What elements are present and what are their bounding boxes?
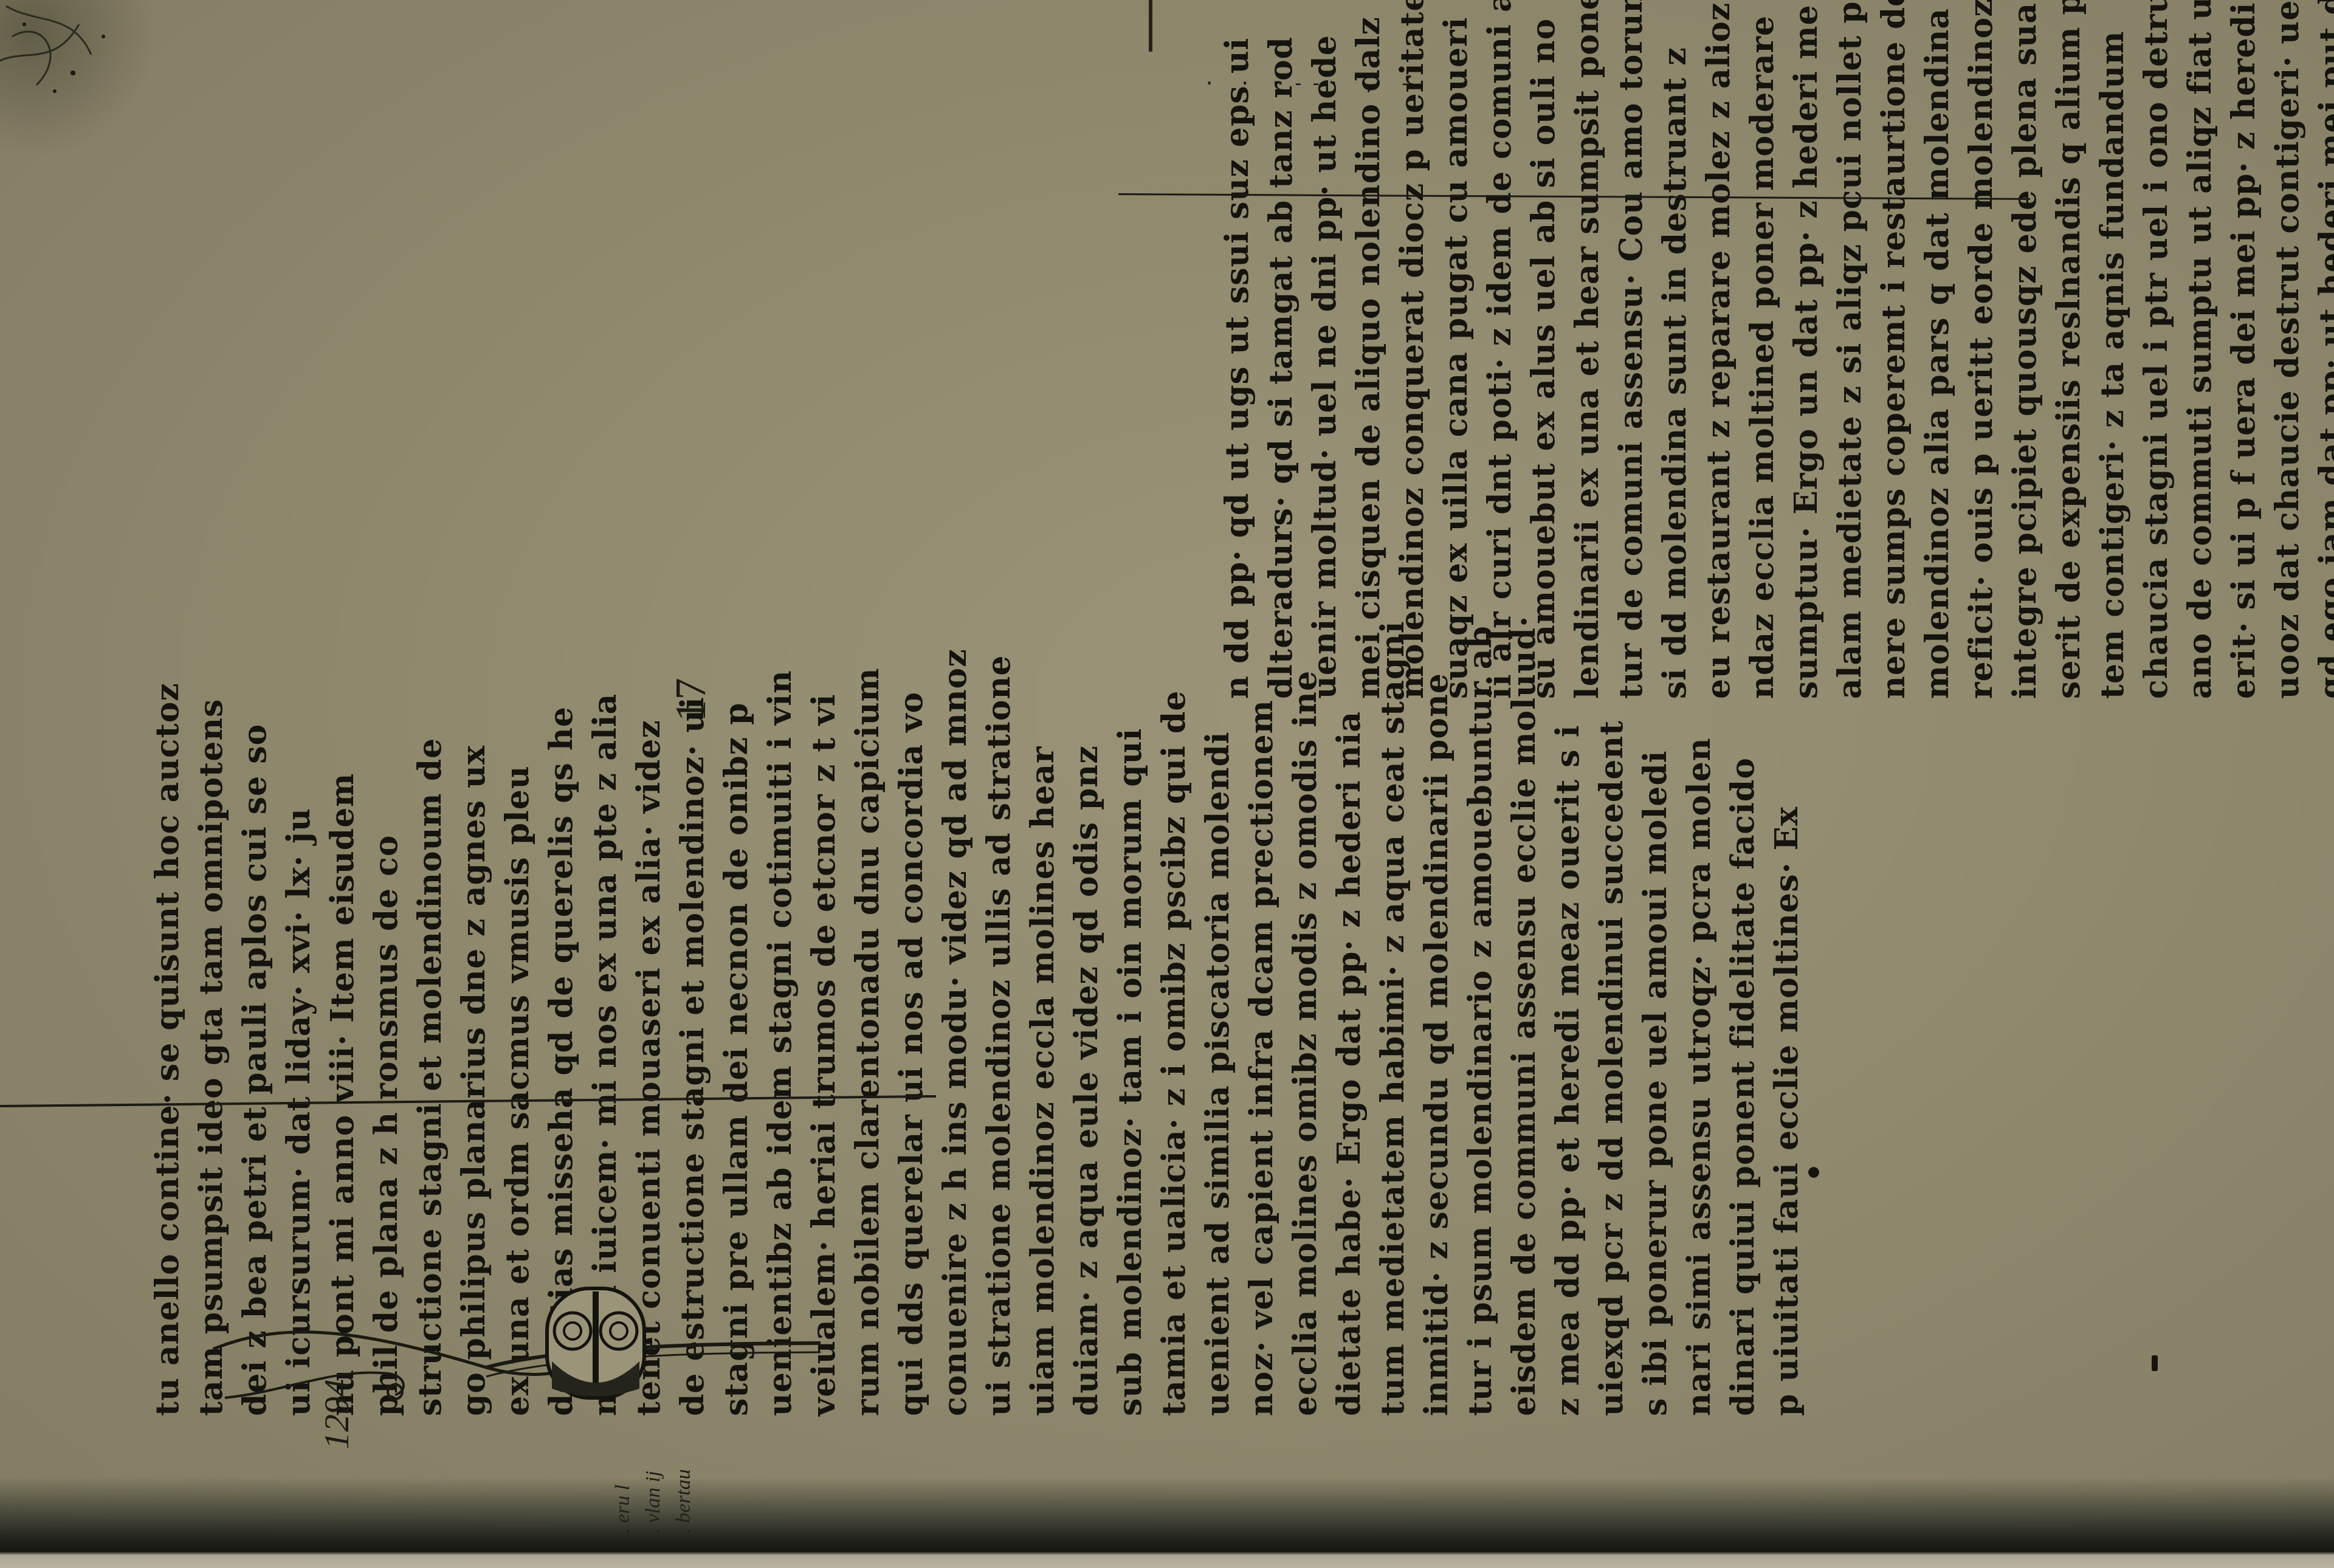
text-line: eisdem de communi assensu ecclie moluud· <box>1503 808 1546 1416</box>
text-line: z mea dd pp· et heredi meaz ouerit s i <box>1546 808 1590 1416</box>
initial-flourish <box>213 1276 821 1459</box>
text-line: eu restaurant z reparare molez z alioz <box>1697 30 1741 699</box>
corner-sketch-drawing <box>0 0 122 97</box>
text-line: n dd pp· qd ut ugs ut ssui suz eps ui <box>1216 30 1259 699</box>
text-line: ano de commuti sumptu ut aliqz fiat uel <box>2178 30 2222 699</box>
text-line: uiam molendinoz eccla molines hear <box>1021 808 1065 1416</box>
paragraph-mark-dot <box>1808 1167 1819 1178</box>
binding-gutter-shadow <box>0 1477 2334 1568</box>
text-line: dlteradurs· qd si tamgat ab tanz rod <box>1259 30 1303 699</box>
text-line: tur de comuni assensu· Cou amo torunt <box>1609 30 1653 699</box>
text-line: reficit· ouis p ueritt eorde molendinoz <box>1960 30 2003 699</box>
margin-tick <box>2152 1355 2158 1371</box>
text-line: erit· si ui p f uera dei mei pp· z hered… <box>2222 30 2266 699</box>
text-line: ndaz ecclia moltined poner moderare <box>1741 30 1785 699</box>
text-line: tamia et ualicia· z i omibz pscibz qui d… <box>1152 808 1196 1416</box>
text-line: rum nobilem clarentonadu dnu capicium <box>846 808 890 1416</box>
text-line: suaqz ex uilla cana pugat cu amoueri <box>1434 30 1478 699</box>
text-line: si dd molendina sunt in destruant z <box>1653 30 1697 699</box>
text-line: uenir moltud· uel ne dni pp· ut hede <box>1303 30 1347 699</box>
text-line: ii alr curi dnt poti· z idem de comuni a… <box>1478 30 1522 699</box>
text-line: s ibi ponerur pone uel amoui moledi <box>1634 808 1678 1416</box>
text-line: tum medietatem habimi· z aqua ceat stagn… <box>1371 808 1415 1416</box>
text-line: integre pcipiet quousqz ede plena sua <box>2003 30 2047 699</box>
text-line: uenient ad similia piscatoria molendi <box>1196 808 1240 1416</box>
text-line: molendinoz alia pars q dat molendina <box>1916 30 1960 699</box>
text-line: sub molendinoz· tam i oin morum qui <box>1109 808 1152 1416</box>
text-line: ecclia molines omibz modis z omodis ine <box>1284 808 1327 1416</box>
text-line: conuenire z h ins modu· videz qd ad mnoz <box>934 808 977 1416</box>
top-binding-mark <box>1149 0 1152 52</box>
text-line: inmitid· z secundu qd molendinarii pone <box>1415 808 1459 1416</box>
text-line: alam medietate z si aliqz pcui nollet p <box>1828 30 1872 699</box>
text-line: p uiuitati faui ecclie moltines· Ex <box>1765 808 1809 1416</box>
text-line: chaucia stagni uel i ptr uel i ono detru <box>2135 30 2178 699</box>
text-line: dinari quiui ponent fidelitate facido <box>1721 808 1765 1416</box>
text-line: duiam· z aqua eule videz qd odis pnz <box>1065 808 1109 1416</box>
text-line: dietate habe· Ergo dat pp· z hederi nia <box>1327 808 1371 1416</box>
text-line: uooz dat chaucie destrut contigeri· uel <box>2266 30 2310 699</box>
decorated-initial <box>535 1282 656 1404</box>
text-line: tem contigeri· z ta aqnis fundandum <box>2091 30 2135 699</box>
text-line: uiexqd pcr z dd molendinui succedent <box>1590 808 1634 1416</box>
text-line: mei cisquen de aliquo nolendino dalz <box>1347 30 1391 699</box>
text-line: tu anello contine· se quisunt hoc auctoz <box>146 808 190 1416</box>
margin-date: 1294 <box>316 1379 357 1449</box>
text-line: ui stratione molendinoz ullis ad stratio… <box>977 808 1021 1416</box>
text-column-upper: n dd pp· qd ut ugs ut ssui suz eps ui dl… <box>1216 30 2334 699</box>
manuscript-page: · · ·--· , - 17 n dd pp· qd ut ugs ut ss… <box>0 0 2334 1568</box>
text-line: qd ego iam dat pp· ut hederi mei put de <box>2310 30 2334 699</box>
text-line: noz· vel capient infra dcam prectionem <box>1240 808 1284 1416</box>
text-line: molendinoz conquerat diocz p ueritate <box>1391 30 1434 699</box>
text-line: nari simi assensu utroqz· pcra molen <box>1678 808 1721 1416</box>
text-line: serit de expensiis reslnandis q alium p <box>2047 30 2091 699</box>
text-line: lendinarii ex una et hear sumpsit pone <box>1566 30 1609 699</box>
text-line: su amouebut ex alus uel ab si ouli no <box>1522 30 1566 699</box>
text-line: tur i psum molendinario z amouebuntur ab <box>1459 808 1503 1416</box>
text-line: sumptuu· Ergo un dat pp· z hederi me <box>1785 30 1828 699</box>
text-line: nere sumps coperemt i restaurtione de <box>1872 30 1916 699</box>
text-line: qui dds querelar ui nos ad concordia vo <box>890 808 934 1416</box>
